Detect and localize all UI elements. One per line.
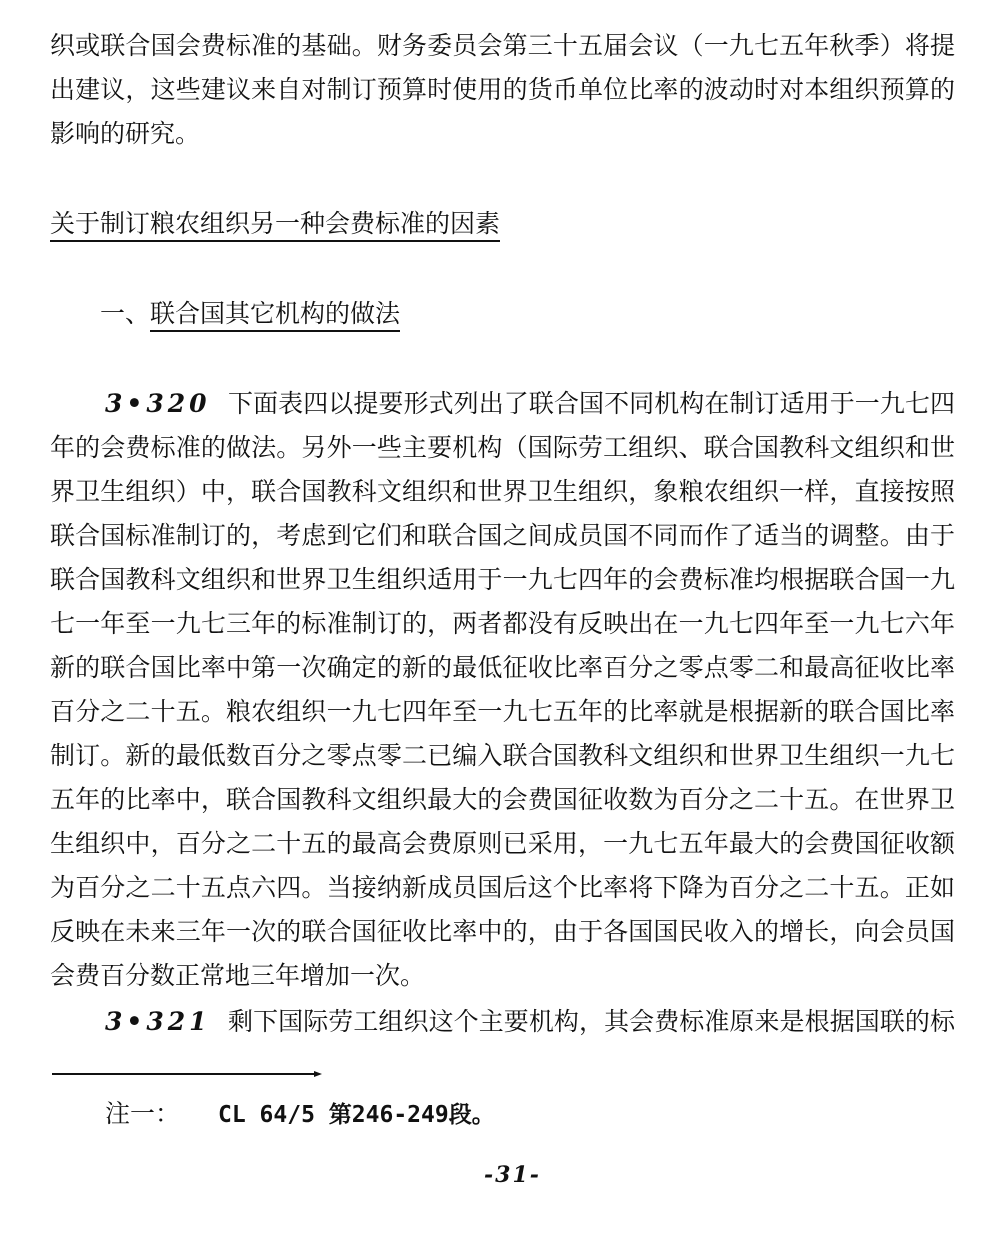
paragraph-number-3320: 3•320 xyxy=(105,384,211,424)
paragraph-3320-line: 联合国教科文组织和世界卫生组织适用于一九七四年的会费标准均根据联合国一九 xyxy=(50,560,955,600)
section-heading: 关于制订粮农组织另一种会费标准的因素 xyxy=(50,204,500,244)
intro-line-1: 织或联合国会费标准的基础。财务委员会第三十五届会议（一九七五年秋季）将提 xyxy=(50,26,955,66)
paragraph-3320-line: 五年的比率中，联合国教科文组织最大的会费国征收数为百分之二十五。在世界卫 xyxy=(50,780,955,820)
page-number: -31- xyxy=(484,1160,541,1190)
paragraph-3320-line: 会费百分数正常地三年增加一次。 xyxy=(50,956,955,996)
footnote-divider xyxy=(52,1073,318,1075)
subsection-title: 联合国其它机构的做法 xyxy=(150,299,400,332)
paragraph-3320-line: 新的联合国比率中第一次确定的新的最低征收比率百分之零点零二和最高征收比率 xyxy=(50,648,955,688)
footnote-label: 注一： xyxy=(105,1099,180,1128)
paragraph-3320-line: 百分之二十五。粮农组织一九七四年至一九七五年的比率就是根据新的联合国比率 xyxy=(50,692,955,732)
paragraph-3320-line: 制订。新的最低数百分之零点零二已编入联合国教科文组织和世界卫生组织一九七 xyxy=(50,736,955,776)
paragraph-3320-line: 界卫生组织）中，联合国教科文组织和世界卫生组织，象粮农组织一样，直接按照 xyxy=(50,472,955,512)
paragraph-3320-line: 为百分之二十五点六四。当接纳新成员国后这个比率将下降为百分之二十五。正如 xyxy=(50,868,955,908)
paragraph-number-3321: 3•321 xyxy=(105,1002,211,1042)
paragraph-3320-line: 生组织中，百分之二十五的最高会费原则已采用，一九七五年最大的会费国征收额 xyxy=(50,824,955,864)
footnote: 注一：CL 64/5 第246-249段。 xyxy=(105,1094,495,1135)
intro-line-3: 影响的研究。 xyxy=(50,114,955,154)
paragraph-3320-line: 反映在未来三年一次的联合国征收比率中的，由于各国国民收入的增长，向会员国 xyxy=(50,912,955,952)
paragraph-3320-line: 七一年至一九七三年的标准制订的，两者都没有反映出在一九七四年至一九七六年 xyxy=(50,604,955,644)
paragraph-3320-first-line: 下面表四以提要形式列出了联合国不同机构在制订适用于一九七四 xyxy=(228,384,955,424)
section-heading-text: 关于制订粮农组织另一种会费标准的因素 xyxy=(50,209,500,242)
paragraph-3321-first-line: 剩下国际劳工组织这个主要机构，其会费标准原来是根据国联的标 xyxy=(228,1002,955,1042)
subsection-heading: 一、联合国其它机构的做法 xyxy=(100,294,400,334)
footnote-reference: CL 64/5 第246-249段。 xyxy=(218,1102,495,1128)
document-page: 织或联合国会费标准的基础。财务委员会第三十五届会议（一九七五年秋季）将提 出建议… xyxy=(0,0,1000,1240)
intro-line-2: 出建议，这些建议来自对制订预算时使用的货币单位比率的波动时对本组织预算的 xyxy=(50,70,955,110)
subsection-number: 一、 xyxy=(100,299,150,328)
paragraph-3320-line: 年的会费标准的做法。另外一些主要机构（国际劳工组织、联合国教科文组织和世 xyxy=(50,428,955,468)
paragraph-3320-line: 联合国标准制订的，考虑到它们和联合国之间成员国不同而作了适当的调整。由于 xyxy=(50,516,955,556)
